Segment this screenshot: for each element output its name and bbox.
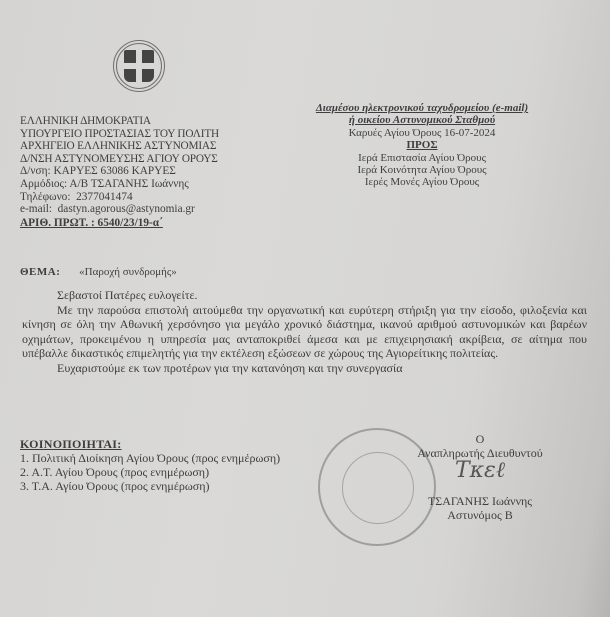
subject-text: «Παροχή συνδρομής» xyxy=(79,266,177,278)
recipient-item: Ιερά Επιστασία Αγίου Όρους xyxy=(282,152,562,164)
phone-value: 2377041474 xyxy=(76,191,132,203)
protocol-number: ΑΡΙΘ. ΠΡΩΤ. : 6540/23/19-α΄ xyxy=(20,217,280,230)
responsible-value: Α/Β ΤΣΑΓΑΝΗΣ Ιωάννης xyxy=(69,178,188,190)
cross-shield-icon xyxy=(124,50,154,82)
cc-item: 2. Α.Τ. Αγίου Όρους (προς ενημέρωση) xyxy=(20,465,280,479)
address-value: ΚΑΡΥΕΣ 63086 ΚΑΡΥΕΣ xyxy=(53,165,175,177)
greek-coat-of-arms-icon xyxy=(113,40,165,92)
cc-item: 3. Τ.Α. Αγίου Όρους (προς ενημέρωση) xyxy=(20,479,280,493)
responsible-label: Αρμόδιος: xyxy=(20,178,67,190)
sender-address: Δ/νση: ΚΑΡΥΕΣ 63086 ΚΑΡΥΕΣ xyxy=(20,165,280,178)
body-paragraph: Με την παρούσα επιστολή αιτούμεθα την ορ… xyxy=(22,303,587,361)
phone-label: Τηλέφωνο: xyxy=(20,191,70,203)
cc-item: 1. Πολιτική Διοίκηση Αγίου Όρους (προς ε… xyxy=(20,451,280,465)
sender-line: ΥΠΟΥΡΓΕΙΟ ΠΡΟΣΤΑΣΙΑΣ ΤΟΥ ΠΟΛΙΤΗ xyxy=(20,128,280,141)
signatory-rank: Αστυνόμος Β xyxy=(380,508,580,522)
recipient-block: Διαμέσου ηλεκτρονικού ταχυδρομείου (e-ma… xyxy=(282,102,562,189)
handwritten-signature: Τκεℓ xyxy=(380,464,580,494)
sender-block: ΕΛΛΗΝΙΚΗ ΔΗΜΟΚΡΑΤΙΑ ΥΠΟΥΡΓΕΙΟ ΠΡΟΣΤΑΣΙΑΣ… xyxy=(20,115,280,229)
thanks: Ευχαριστούμε εκ των προτέρων για την κατ… xyxy=(22,361,587,376)
sender-email: e-mail: dastyn.agorous@astynomia.gr xyxy=(20,203,280,216)
signature-article: Ο xyxy=(380,432,580,446)
sender-line: Δ/ΝΣΗ ΑΣΤΥΝΟΜΕΥΣΗΣ ΑΓΙΟΥ ΟΡΟΥΣ xyxy=(20,153,280,166)
sender-line: ΑΡΧΗΓΕΙΟ ΕΛΛΗΝΙΚΗΣ ΑΣΤΥΝΟΜΙΑΣ xyxy=(20,140,280,153)
recipient-item: Ιερά Κοινότητα Αγίου Όρους xyxy=(282,164,562,176)
signatory-name: ΤΣΑΓΑΝΗΣ Ιωάννης xyxy=(380,494,580,508)
cc-title: ΚΟΙΝΟΠΟΙΗΤΑΙ: xyxy=(20,437,280,451)
recipient-item: Ιερές Μονές Αγίου Όρους xyxy=(282,176,562,188)
address-label: Δ/νση: xyxy=(20,165,51,177)
sender-responsible: Αρμόδιος: Α/Β ΤΣΑΓΑΝΗΣ Ιωάννης xyxy=(20,178,280,191)
delivery-method: Διαμέσου ηλεκτρονικού ταχυδρομείου (e-ma… xyxy=(282,102,562,114)
cc-block: ΚΟΙΝΟΠΟΙΗΤΑΙ: 1. Πολιτική Διοίκηση Αγίου… xyxy=(20,437,280,493)
email-value: dastyn.agorous@astynomia.gr xyxy=(58,203,195,215)
email-label: e-mail: xyxy=(20,203,52,215)
place-date: Καρυές Αγίου Όρους 16-07-2024 xyxy=(282,127,562,139)
subject-line: ΘΕΜΑ: «Παροχή συνδρομής» xyxy=(20,266,177,278)
letter-page: ΕΛΛΗΝΙΚΗ ΔΗΜΟΚΡΑΤΙΑ ΥΠΟΥΡΓΕΙΟ ΠΡΟΣΤΑΣΙΑΣ… xyxy=(0,0,610,617)
to-label: ΠΡΟΣ xyxy=(282,139,562,151)
sender-phone: Τηλέφωνο: 2377041474 xyxy=(20,191,280,204)
letter-body: Σεβαστοί Πατέρες ευλογείτε. Με την παρού… xyxy=(22,288,587,376)
sender-line: ΕΛΛΗΝΙΚΗ ΔΗΜΟΚΡΑΤΙΑ xyxy=(20,115,280,128)
delivery-method-alt: ή οικείου Αστυνομικού Σταθμού xyxy=(282,114,562,126)
greeting: Σεβαστοί Πατέρες ευλογείτε. xyxy=(22,288,587,303)
subject-label: ΘΕΜΑ: xyxy=(20,266,60,278)
signature-block: Ο Αναπληρωτής Διευθυντού Τκεℓ ΤΣΑΓΑΝΗΣ Ι… xyxy=(380,432,580,522)
